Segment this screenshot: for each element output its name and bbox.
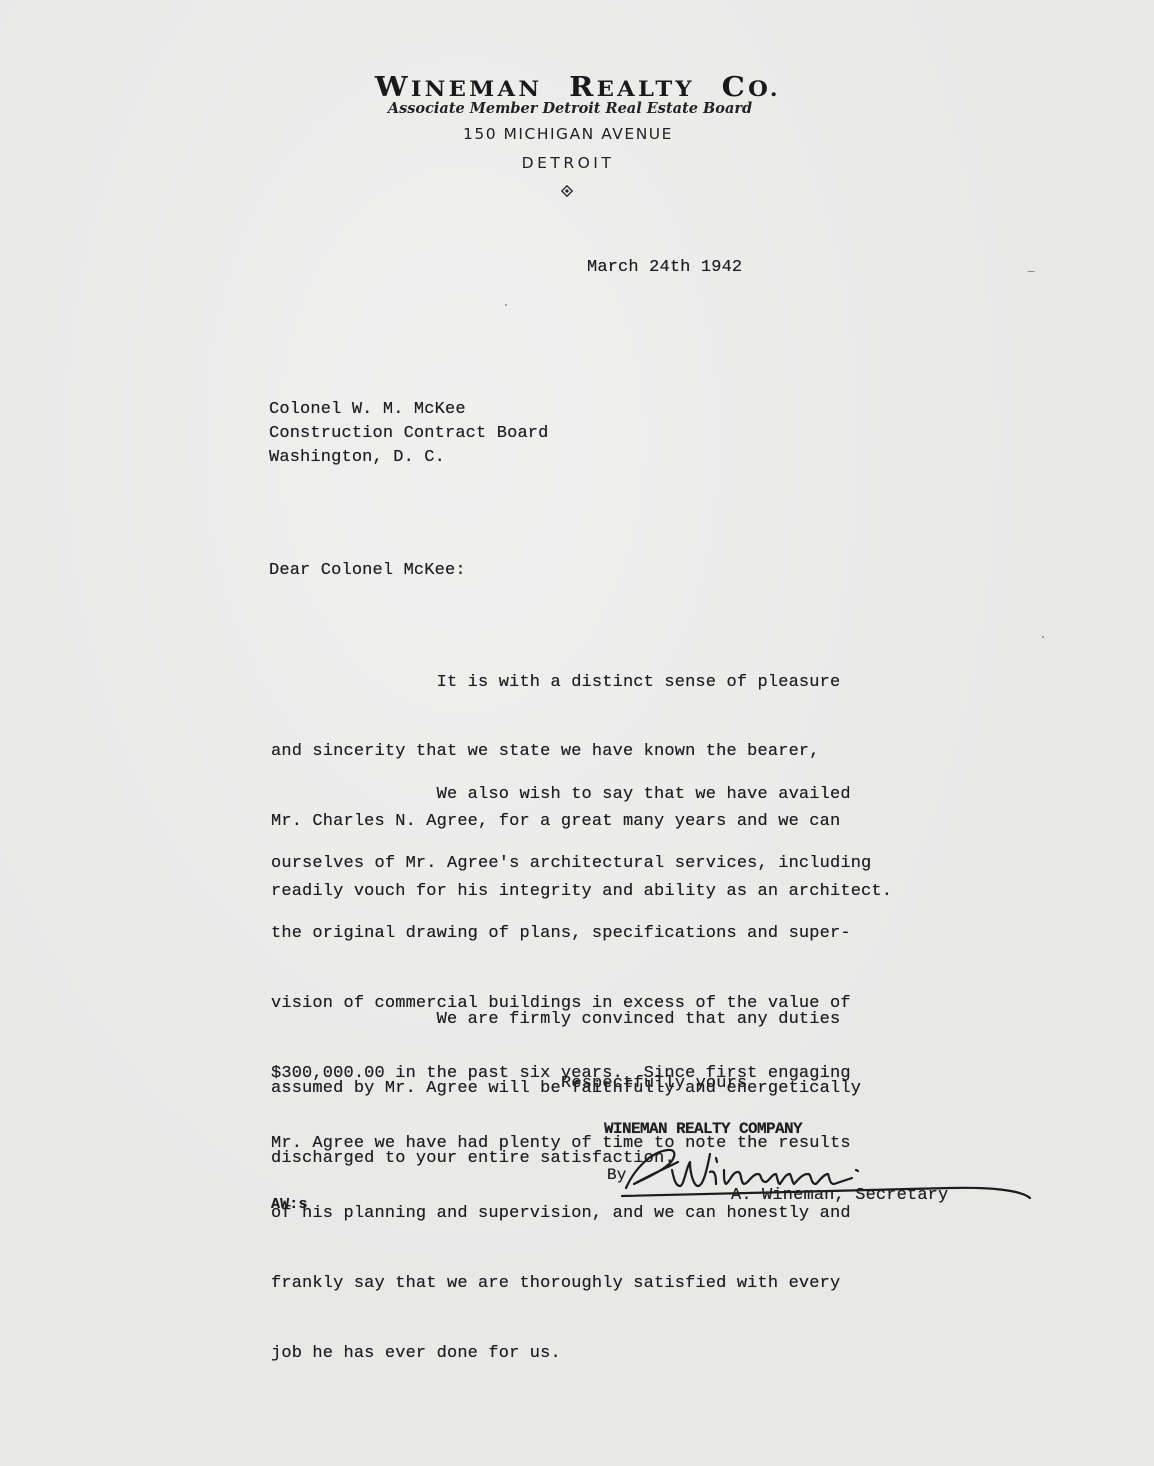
paragraph-line: the original drawing of plans, specifica… [271,922,871,945]
recipient-location: Washington, D. C. [269,448,445,467]
paragraph-line: job he has ever done for us. [271,1342,871,1365]
letterhead-company-name: WINEMAN REALTY CO. [0,72,1154,103]
company-name-word-3: CO. [722,72,781,103]
recipient-organization: Construction Contract Board [269,424,549,443]
signer-name-title: A. Wineman, Secretary [731,1186,948,1205]
signature-company-name: WINEMAN REALTY COMPANY [604,1120,802,1138]
paper-speck [1027,271,1035,272]
company-name-word-1: WINEMAN [375,72,543,103]
paragraph-line: ourselves of Mr. Agree's architectural s… [271,852,871,875]
letterhead-membership: Associate Member Detroit Real Estate Boa… [0,100,1140,117]
paper-speck [1042,636,1044,638]
paper-speck [505,304,507,306]
complimentary-closing: Respectfully yours [561,1074,747,1093]
diamond-ornament-icon [561,185,573,197]
paragraph-line: We are firmly convinced that any duties [271,1008,861,1031]
paragraph-line: It is with a distinct sense of pleasure [271,671,892,694]
letter-date: March 24th 1942 [587,258,742,277]
paragraph-line: We also wish to say that we have availed [271,783,871,806]
reference-initials: AW:s [271,1196,308,1213]
letterhead-street: 150 MICHIGAN AVENUE [0,125,1136,143]
paragraph-line: frankly say that we are thoroughly satis… [271,1272,871,1295]
salutation: Dear Colonel McKee: [269,561,466,580]
recipient-name: Colonel W. M. McKee [269,400,466,419]
letter-page: WINEMAN REALTY CO. Associate Member Detr… [0,0,1154,1466]
company-name-word-2: REALTY [569,72,695,103]
letterhead-city: DETROIT [0,154,1136,172]
